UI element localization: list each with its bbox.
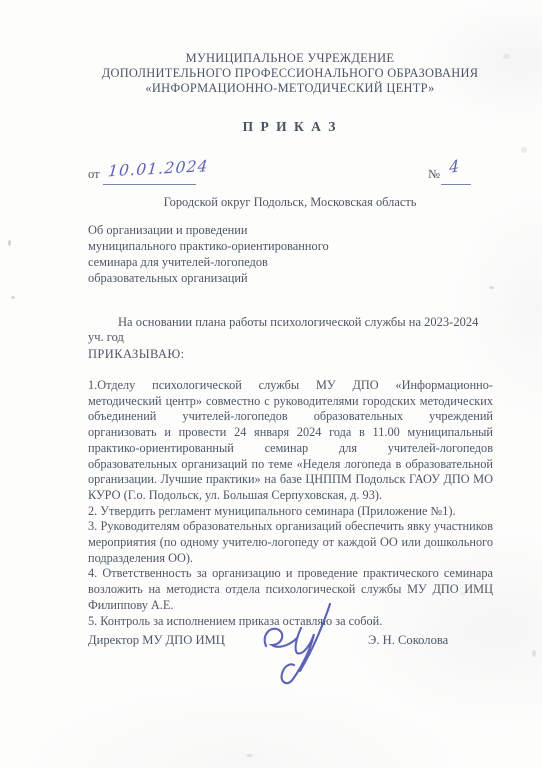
scan-artifact — [11, 296, 15, 299]
org-name-line-1: МУНИЦИПАЛЬНОЕ УЧРЕЖДЕНИЕ — [78, 51, 502, 66]
subject-line-4: образовательных организаций — [88, 270, 408, 286]
subject-line-2: муниципального практико-ориентированного — [88, 238, 408, 254]
org-name-line-3: «ИНФОРМАЦИОННО-МЕТОДИЧЕСКИЙ ЦЕНТР» — [78, 81, 502, 96]
scan-artifact — [521, 147, 527, 153]
scan-artifact — [503, 54, 510, 59]
signer-position: Директор МУ ДПО ИМЦ — [88, 633, 225, 648]
subject-line-1: Об организации и проведении — [88, 222, 408, 238]
number-underline — [441, 184, 471, 185]
date-underline — [103, 184, 196, 185]
place-line: Городской округ Подольск, Московская обл… — [88, 195, 492, 210]
document-title: П Р И К А З — [88, 119, 492, 135]
date-value-handwritten: 10.01.2024 — [107, 158, 198, 181]
order-item-1: 1.Отделу психологической службы МУ ДПО «… — [88, 378, 493, 504]
subject-block: Об организации и проведении муниципально… — [88, 222, 408, 286]
number-label: № — [428, 167, 440, 182]
org-name-line-2: ДОПОЛНИТЕЛЬНОГО ПРОФЕССИОНАЛЬНОГО ОБРАЗО… — [78, 66, 502, 81]
scan-artifact — [246, 754, 253, 757]
date-label: от — [88, 167, 100, 182]
subject-line-3: семинара для учителей-логопедов — [88, 254, 408, 270]
basis-paragraph: На основании плана работы психологическо… — [88, 315, 494, 345]
order-items: 1.Отделу психологической службы МУ ДПО «… — [88, 378, 493, 629]
scan-artifact — [489, 286, 494, 289]
resolution-word: ПРИКАЗЫВАЮ: — [88, 347, 185, 362]
director-signature — [252, 598, 356, 696]
scan-artifact — [532, 650, 536, 657]
org-name-block: МУНИЦИПАЛЬНОЕ УЧРЕЖДЕНИЕ ДОПОЛНИТЕЛЬНОГО… — [78, 51, 502, 96]
order-item-3: 3. Руководителям образовательных организ… — [88, 519, 493, 566]
scan-artifact — [8, 240, 11, 246]
number-value-handwritten: 4 — [449, 156, 459, 177]
scanned-order-document: МУНИЦИПАЛЬНОЕ УЧРЕЖДЕНИЕ ДОПОЛНИТЕЛЬНОГО… — [0, 0, 542, 768]
order-item-2: 2. Утвердить регламент муниципального се… — [88, 504, 493, 520]
signer-name: Э. Н. Соколова — [368, 633, 448, 648]
scan-artifact — [460, 592, 466, 596]
